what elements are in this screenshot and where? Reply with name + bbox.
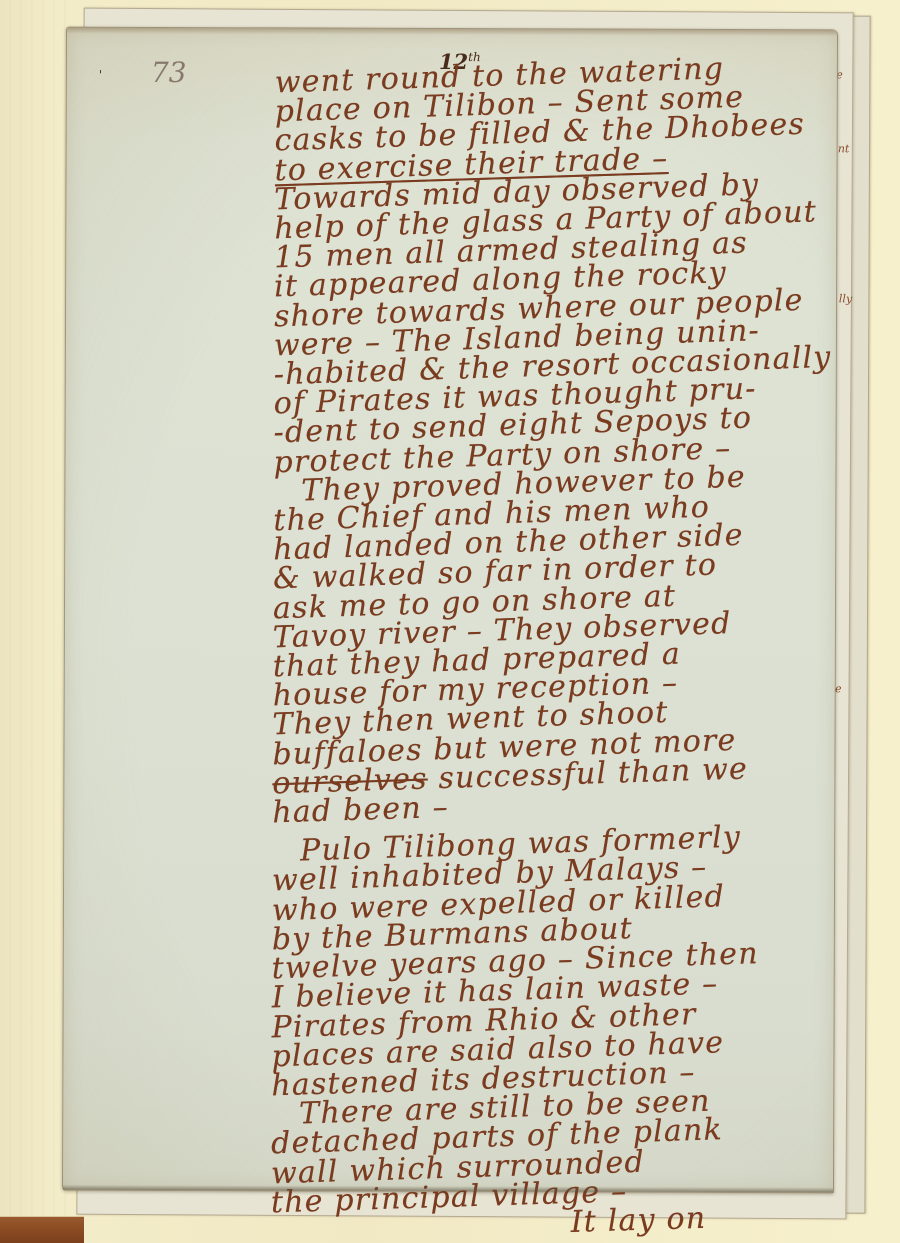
margin-mark: ' <box>99 68 102 82</box>
manuscript-text: went round to the watering place on Tili… <box>271 68 820 1243</box>
backing-board-stripes <box>0 0 70 1243</box>
wooden-table-edge <box>0 1216 84 1243</box>
manuscript-page: ' 73 12th went round to the watering pla… <box>62 27 838 1194</box>
underlying-margin-fragment: lly <box>839 293 852 304</box>
page-number: 73 <box>151 56 187 89</box>
underlying-margin-fragment: nt <box>838 143 850 154</box>
